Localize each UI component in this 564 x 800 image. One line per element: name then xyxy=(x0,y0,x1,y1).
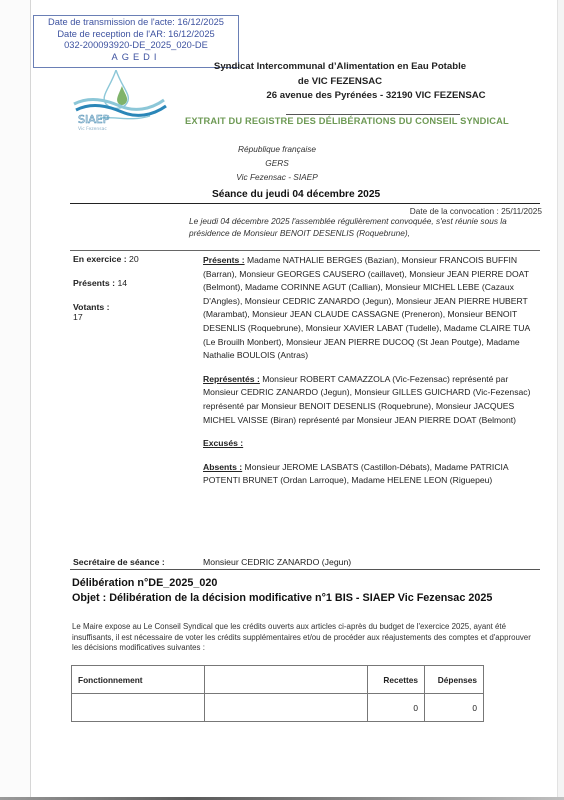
registre-title: EXTRAIT DU REGISTRE DES DÉLIBÉRATIONS DU… xyxy=(185,116,509,126)
presents-block: Présents : Madame NATHALIE BERGES (Bazia… xyxy=(203,254,539,363)
cell-fonctionnement xyxy=(72,694,205,722)
departement-line: GERS xyxy=(222,156,332,170)
stat-presents: Présents : 14 xyxy=(73,278,193,288)
stamp-reference: 032-200093920-DE_2025_020-DE xyxy=(34,40,238,52)
absents-block: Absents : Monsieur JEROME LASBATS (Casti… xyxy=(203,461,539,488)
budget-table: Fonctionnement Recettes Dépenses 0 0 xyxy=(71,665,484,722)
deliberation-objet: Objet : Délibération de la décision modi… xyxy=(72,592,492,604)
secretaire-label: Secrétaire de séance : xyxy=(73,557,165,567)
header-divider xyxy=(286,114,460,115)
header-fonctionnement: Fonctionnement xyxy=(72,666,205,694)
svg-text:SIAEP: SIAEP xyxy=(78,113,110,126)
attendance-list: Présents : Madame NATHALIE BERGES (Bazia… xyxy=(203,254,539,498)
cell-depenses: 0 xyxy=(425,694,484,722)
republique-block: République française GERS Vic Fezensac -… xyxy=(222,142,332,184)
stat-exercice: En exercice : 20 xyxy=(73,254,193,264)
stat-votants: Votants :17 xyxy=(73,302,193,322)
deliberation-number: Délibération n°DE_2025_020 xyxy=(72,577,217,589)
header-depenses: Dépenses xyxy=(425,666,484,694)
cell-libelle xyxy=(204,694,367,722)
seance-title: Séance du jeudi 04 décembre 2025 xyxy=(212,189,380,200)
commune-line: Vic Fezensac - SIAEP xyxy=(222,170,332,184)
organization-header: Syndicat Intercommunal d’Alimentation en… xyxy=(150,60,530,104)
org-address: 26 avenue des Pyrénées - 32190 VIC FEZEN… xyxy=(150,89,530,104)
excuses-block: Excusés : xyxy=(203,437,539,451)
svg-text:Vic Fezensac: Vic Fezensac xyxy=(78,126,107,132)
org-name: Syndicat Intercommunal d’Alimentation en… xyxy=(150,60,530,75)
seance-intro: Le jeudi 04 décembre 2025 l'assemblée ré… xyxy=(189,215,539,239)
secretaire-divider xyxy=(70,569,540,570)
vote-stats: En exercice : 20 Présents : 14 Votants :… xyxy=(73,254,193,322)
stamp-reception-date: Date de reception de l'AR: 16/12/2025 xyxy=(34,29,238,41)
table-header-row: Fonctionnement Recettes Dépenses xyxy=(72,666,484,694)
deliberation-expose: Le Maire expose au Le Conseil Syndical q… xyxy=(72,622,532,654)
attendance-divider xyxy=(70,250,540,251)
republique-line: République française xyxy=(222,142,332,156)
representes-block: Représentés : Monsieur ROBERT CAMAZZOLA … xyxy=(203,373,539,427)
viewer-margin xyxy=(0,0,31,800)
stamp-transmission-date: Date de transmission de l'acte: 16/12/20… xyxy=(34,17,238,29)
secretaire-value: Monsieur CEDRIC ZANARDO (Jegun) xyxy=(203,557,351,567)
cell-recettes: 0 xyxy=(368,694,425,722)
org-city: de VIC FEZENSAC xyxy=(150,75,530,90)
header-recettes: Recettes xyxy=(368,666,425,694)
seance-divider xyxy=(70,203,540,204)
table-row: 0 0 xyxy=(72,694,484,722)
header-libelle xyxy=(204,666,367,694)
